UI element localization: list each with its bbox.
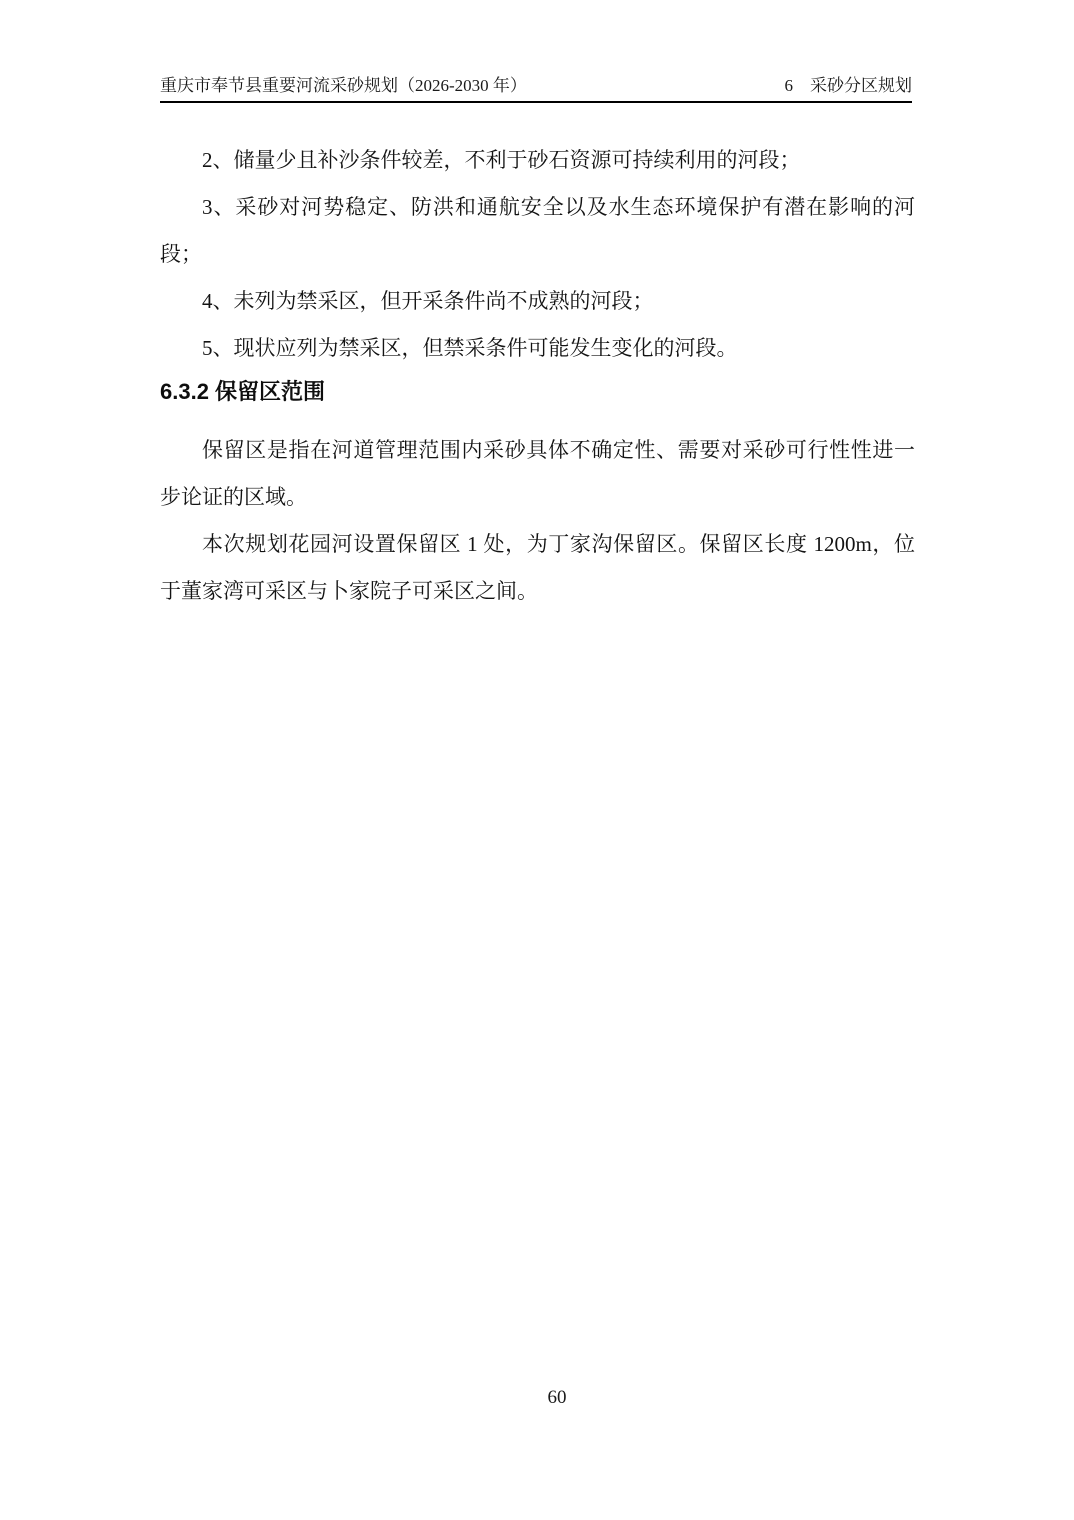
list-item-4: 4、未列为禁采区，但开采条件尚不成熟的河段； — [160, 278, 915, 325]
list-item-3: 3、采砂对河势稳定、防洪和通航安全以及水生态环境保护有潜在影响的河段； — [160, 184, 915, 278]
section-heading-6-3-2: 6.3.2 保留区范围 — [160, 378, 915, 406]
document-body: 2、储量少且补沙条件较差，不利于砂石资源可持续利用的河段； 3、采砂对河势稳定、… — [160, 137, 915, 615]
document-page: 重庆市奉节县重要河流采砂规划（2026-2030 年） 6 采砂分区规划 2、储… — [0, 0, 1074, 1520]
header-document-title: 重庆市奉节县重要河流采砂规划（2026-2030 年） — [160, 76, 527, 96]
page-header: 重庆市奉节县重要河流采砂规划（2026-2030 年） 6 采砂分区规划 — [160, 76, 912, 103]
page-footer: 60 — [0, 1386, 1074, 1410]
paragraph-reserve-plan: 本次规划花园河设置保留区 1 处，为丁家沟保留区。保留区长度 1200m，位于董… — [160, 521, 915, 615]
list-item-5: 5、现状应列为禁采区，但禁采条件可能发生变化的河段。 — [160, 325, 915, 372]
header-chapter-label: 6 采砂分区规划 — [785, 76, 913, 96]
list-item-2: 2、储量少且补沙条件较差，不利于砂石资源可持续利用的河段； — [160, 137, 915, 184]
paragraph-reserve-definition: 保留区是指在河道管理范围内采砂具体不确定性、需要对采砂可行性性进一步论证的区域。 — [160, 427, 915, 521]
page-number: 60 — [548, 1387, 567, 1408]
